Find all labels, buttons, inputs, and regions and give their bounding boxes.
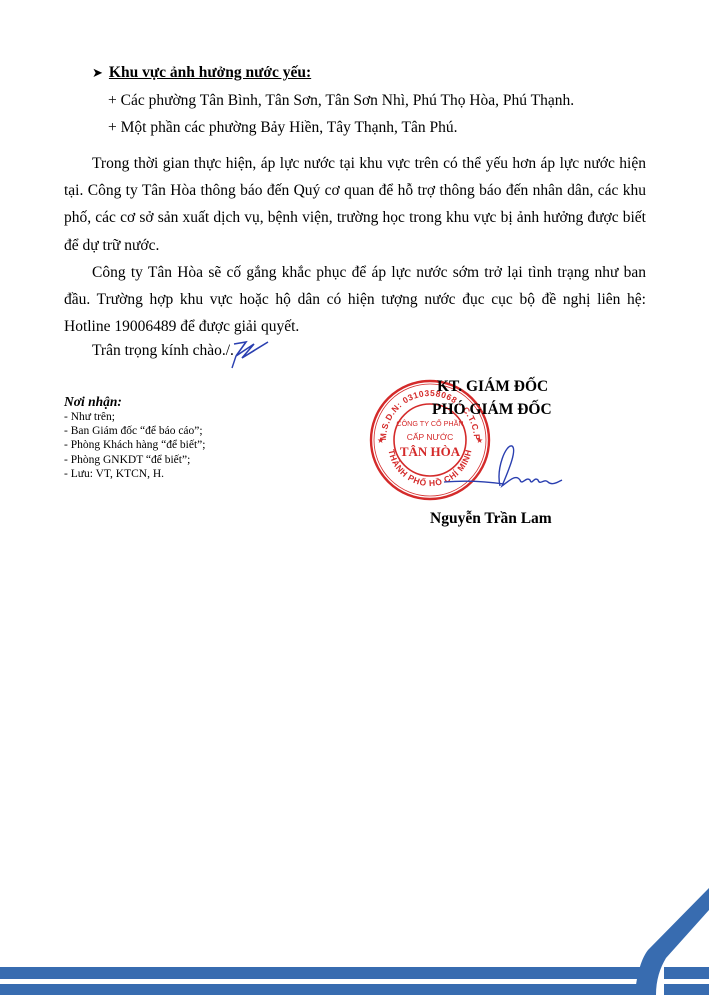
signer-title-line1: KT. GIÁM ĐỐC bbox=[437, 378, 548, 396]
svg-text:★: ★ bbox=[377, 436, 384, 445]
signer-title-line2: PHÓ GIÁM ĐỐC bbox=[432, 401, 552, 419]
recipients-block: Nơi nhận: - Như trên; - Ban Giám đốc “để… bbox=[64, 394, 205, 481]
document-page: ➤Khu vực ảnh hưởng nước yếu: + Các phườn… bbox=[0, 0, 709, 1008]
initial-signature-mark bbox=[228, 334, 276, 370]
signer-name: Nguyễn Trần Lam bbox=[430, 510, 552, 528]
recipient-item: - Phòng GNKDT “để biết”; bbox=[64, 453, 205, 467]
body-paragraph: Trong thời gian thực hiện, áp lực nước t… bbox=[64, 150, 646, 259]
affected-area-item: + Một phần các phường Bảy Hiền, Tây Thạn… bbox=[108, 119, 458, 137]
recipients-title: Nơi nhận: bbox=[64, 394, 205, 410]
affected-area-item: + Các phường Tân Bình, Tân Sơn, Tân Sơn … bbox=[108, 92, 574, 110]
body-paragraph: Công ty Tân Hòa sẽ cố gắng khắc phục để … bbox=[64, 259, 646, 341]
handwritten-signature bbox=[440, 440, 570, 502]
arrow-bullet-icon: ➤ bbox=[92, 65, 103, 80]
closing-line: Trân trọng kính chào./. bbox=[92, 342, 234, 360]
recipient-item: - Lưu: VT, KTCN, H. bbox=[64, 467, 205, 481]
recipient-item: - Như trên; bbox=[64, 410, 205, 424]
section-heading: ➤Khu vực ảnh hưởng nước yếu: bbox=[92, 64, 311, 82]
section-heading-text: Khu vực ảnh hưởng nước yếu: bbox=[109, 64, 311, 81]
recipient-item: - Ban Giám đốc “để báo cáo”; bbox=[64, 424, 205, 438]
recipient-item: - Phòng Khách hàng “để biết”; bbox=[64, 438, 205, 452]
svg-text:CÔNG TY CỔ PHẦN: CÔNG TY CỔ PHẦN bbox=[396, 418, 463, 428]
footer-decoration bbox=[0, 880, 709, 1008]
